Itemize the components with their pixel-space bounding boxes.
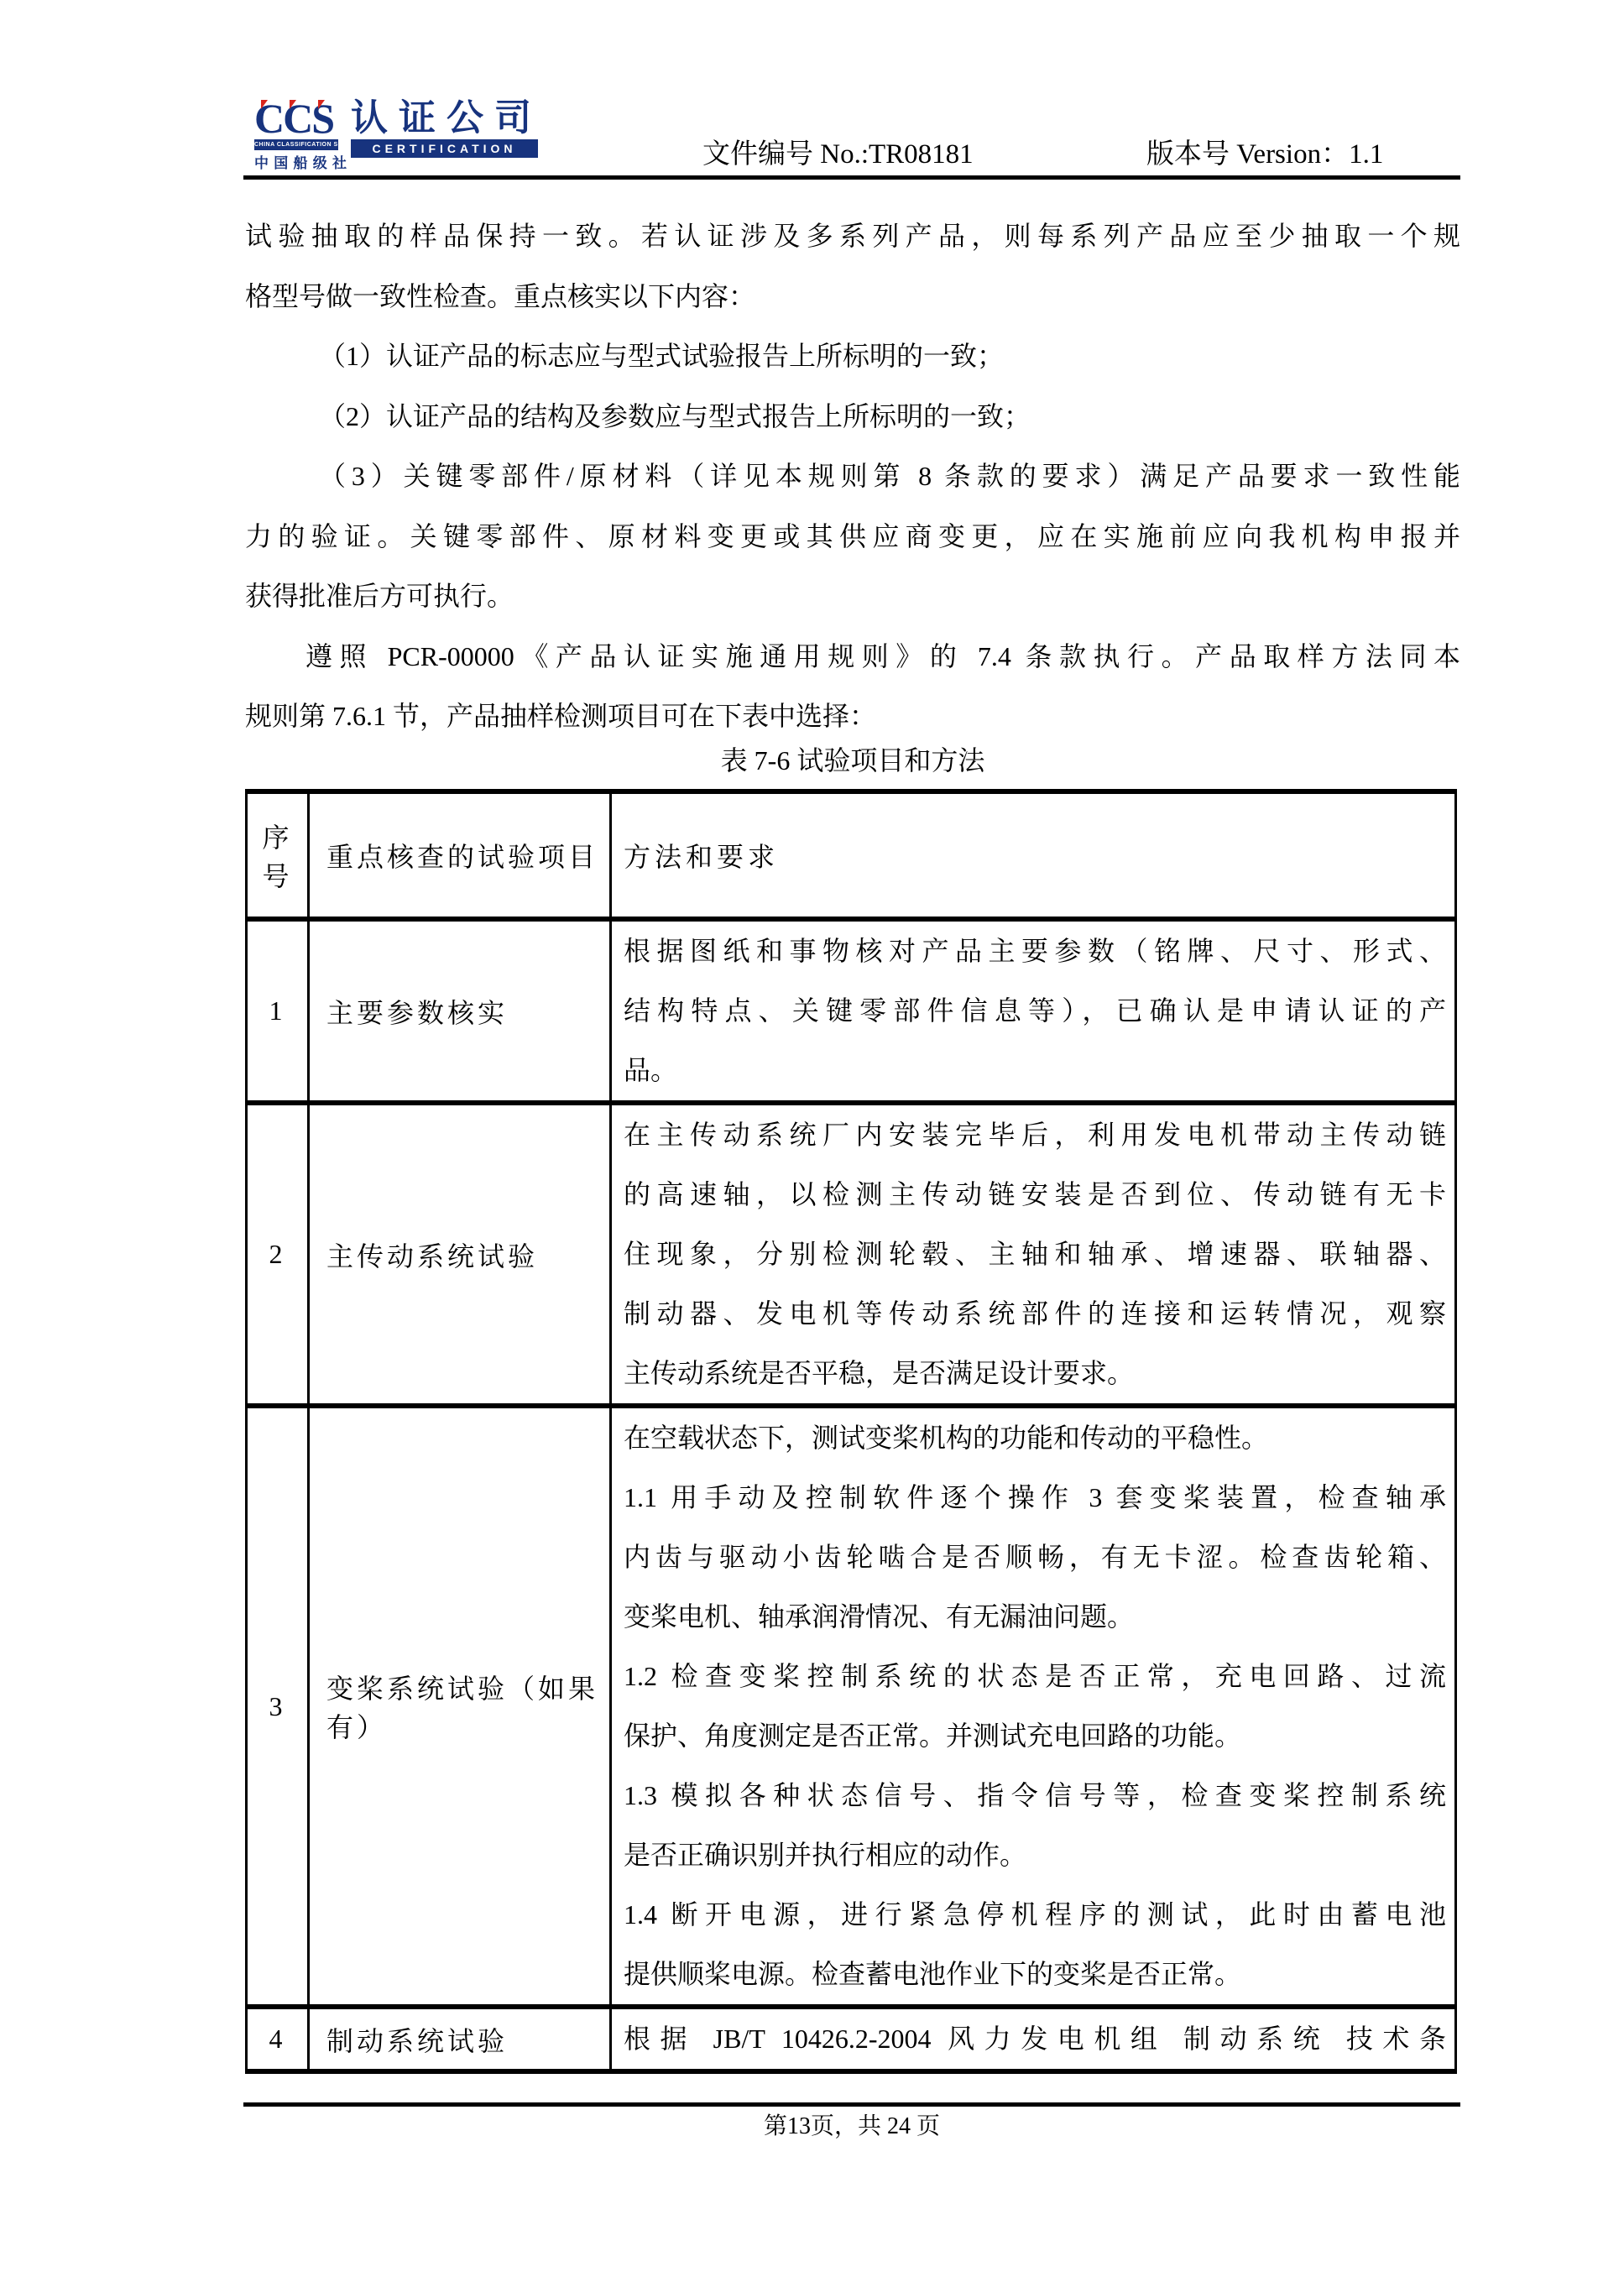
method-line: 提供顺桨电源。检查蓄电池作业下的变桨是否正常。 (624, 1945, 1446, 2004)
red-flag-icon (290, 100, 296, 109)
body-line: （2）认证产品的结构及参数应与型式报告上所标明的一致； (245, 387, 1460, 447)
table-row: 2 主传动系统试验 在主传动系统厂内安装完毕后，利用发电机带动主传动链 的高速轴… (247, 1103, 1456, 1406)
method-line: 保护、角度测定是否正常。并测试充电回路的功能。 (624, 1706, 1446, 1766)
ccs-logo: CCS CHINA CLASSIFICATION SOCIETY 中 国 船 级… (254, 99, 542, 172)
ccs-logo-right: 认证公司 CERTIFICATION (351, 99, 542, 158)
method-line: 品。 (624, 1041, 1446, 1100)
row-method-cell: 根据 JB/T 10426.2-2004 风力发电机组 制动系统 技术条 (611, 2007, 1456, 2071)
table-row: 1 主要参数核实 根据图纸和事物核对产品主要参数（铭牌、尺寸、形式、 结构特点、… (247, 919, 1456, 1103)
method-line: 制动器、发电机等传动系统部件的连接和运转情况，观察 (624, 1284, 1446, 1344)
method-line: 在空载状态下，测试变桨机构的功能和传动的平稳性。 (624, 1408, 1446, 1468)
footer-rule (243, 2102, 1460, 2107)
page-number: 第13页，共 24 页 (243, 2110, 1460, 2144)
row-no-cell: 1 (247, 919, 309, 1103)
body-line: 试验抽取的样品保持一致。若认证涉及多系列产品，则每系列产品应至少抽取一个规 (245, 206, 1460, 267)
row-no-cell: 3 (247, 1406, 309, 2007)
body-text: 试验抽取的样品保持一致。若认证涉及多系列产品，则每系列产品应至少抽取一个规 格型… (245, 206, 1460, 747)
row-item-cell: 制动系统试验 (309, 2007, 611, 2071)
method-line: 主传动系统是否平稳，是否满足设计要求。 (624, 1344, 1446, 1403)
body-line: 格型号做一致性检查。重点核实以下内容： (245, 267, 1460, 327)
method-line: 1.4 断开电源，进行紧急停机程序的测试，此时由蓄电池 (624, 1885, 1446, 1945)
method-line: 结构特点、关键零部件信息等），已确认是申请认证的产 (624, 981, 1446, 1041)
method-line: 的高速轴，以检测主传动链安装是否到位、传动链有无卡 (624, 1165, 1446, 1225)
row-method-cell: 在主传动系统厂内安装完毕后，利用发电机带动主传动链 的高速轴，以检测主传动链安装… (611, 1103, 1456, 1406)
row-item-cell: 变桨系统试验（如果有） (309, 1406, 611, 2007)
method-line: 1.1 用手动及控制软件逐个操作 3 套变桨装置，检查轴承 (624, 1468, 1446, 1528)
red-flag-icon (261, 100, 268, 109)
header-cell-no: 序号 (247, 791, 309, 919)
table-caption: 表 7-6 试验项目和方法 (245, 737, 1460, 784)
body-line: 遵照 PCR-00000《产品认证实施通用规则》的 7.4 条款执行。产品取样方… (245, 627, 1460, 687)
document-number: 文件编号 No.:TR08181 (702, 132, 974, 171)
header-cell-item: 重点核查的试验项目 (309, 791, 611, 919)
test-items-table: 序号 重点核查的试验项目 方法和要求 1 主要参数核实 根据图纸和事物核对产品主… (245, 789, 1457, 2074)
table-row: 3 变桨系统试验（如果有） 在空载状态下，测试变桨机构的功能和传动的平稳性。 1… (247, 1406, 1456, 2007)
body-line: （3）关键零部件/原材料（详见本规则第 8 条款的要求）满足产品要求一致性能 (245, 447, 1460, 507)
body-line: 获得批准后方可执行。 (245, 567, 1460, 627)
method-line: 1.3 模拟各种状态信号、指令信号等，检查变桨控制系统 (624, 1766, 1446, 1825)
row-method-cell: 在空载状态下，测试变桨机构的功能和传动的平稳性。 1.1 用手动及控制软件逐个操… (611, 1406, 1456, 2007)
method-line: 住现象，分别检测轮毂、主轴和轴承、增速器、联轴器、 (624, 1225, 1446, 1284)
ccs-logo-left: CCS CHINA CLASSIFICATION SOCIETY 中 国 船 级… (254, 99, 338, 172)
method-line: 在主传动系统厂内安装完毕后，利用发电机带动主传动链 (624, 1105, 1446, 1165)
society-cn-label: 中 国 船 级 社 (254, 151, 338, 172)
row-item-cell: 主传动系统试验 (309, 1103, 611, 1406)
body-line: （1）认证产品的标志应与型式试验报告上所标明的一致； (245, 326, 1460, 387)
row-no-cell: 4 (247, 2007, 309, 2071)
red-flag-icon (318, 100, 325, 109)
header-cell-method: 方法和要求 (611, 791, 1456, 919)
method-line: 变桨电机、轴承润滑情况、有无漏油问题。 (624, 1587, 1446, 1647)
method-line: 内齿与驱动小齿轮啮合是否顺畅，有无卡涩。检查齿轮箱、 (624, 1528, 1446, 1587)
company-wordmark: 认证公司 (351, 99, 542, 138)
method-line: 根据 JB/T 10426.2-2004 风力发电机组 制动系统 技术条 (624, 2009, 1446, 2069)
certification-bar: CERTIFICATION (351, 139, 538, 158)
document-page: CCS CHINA CLASSIFICATION SOCIETY 中 国 船 级… (0, 0, 1624, 2277)
row-no-cell: 2 (247, 1103, 309, 1406)
row-item-cell: 主要参数核实 (309, 919, 611, 1103)
method-line: 是否正确识别并执行相应的动作。 (624, 1825, 1446, 1885)
row-method-cell: 根据图纸和事物核对产品主要参数（铭牌、尺寸、形式、 结构特点、关键零部件信息等）… (611, 919, 1456, 1103)
header-rule (243, 175, 1460, 180)
table-header-row: 序号 重点核查的试验项目 方法和要求 (247, 791, 1456, 919)
body-line: 力的验证。关键零部件、原材料变更或其供应商变更，应在实施前应向我机构申报并 (245, 507, 1460, 567)
method-line: 1.2 检查变桨控制系统的状态是否正常，充电回路、过流 (624, 1647, 1446, 1706)
table-row: 4 制动系统试验 根据 JB/T 10426.2-2004 风力发电机组 制动系… (247, 2007, 1456, 2071)
version-number: 版本号 Version：1.1 (1146, 132, 1383, 171)
method-line: 根据图纸和事物核对产品主要参数（铭牌、尺寸、形式、 (624, 922, 1446, 981)
